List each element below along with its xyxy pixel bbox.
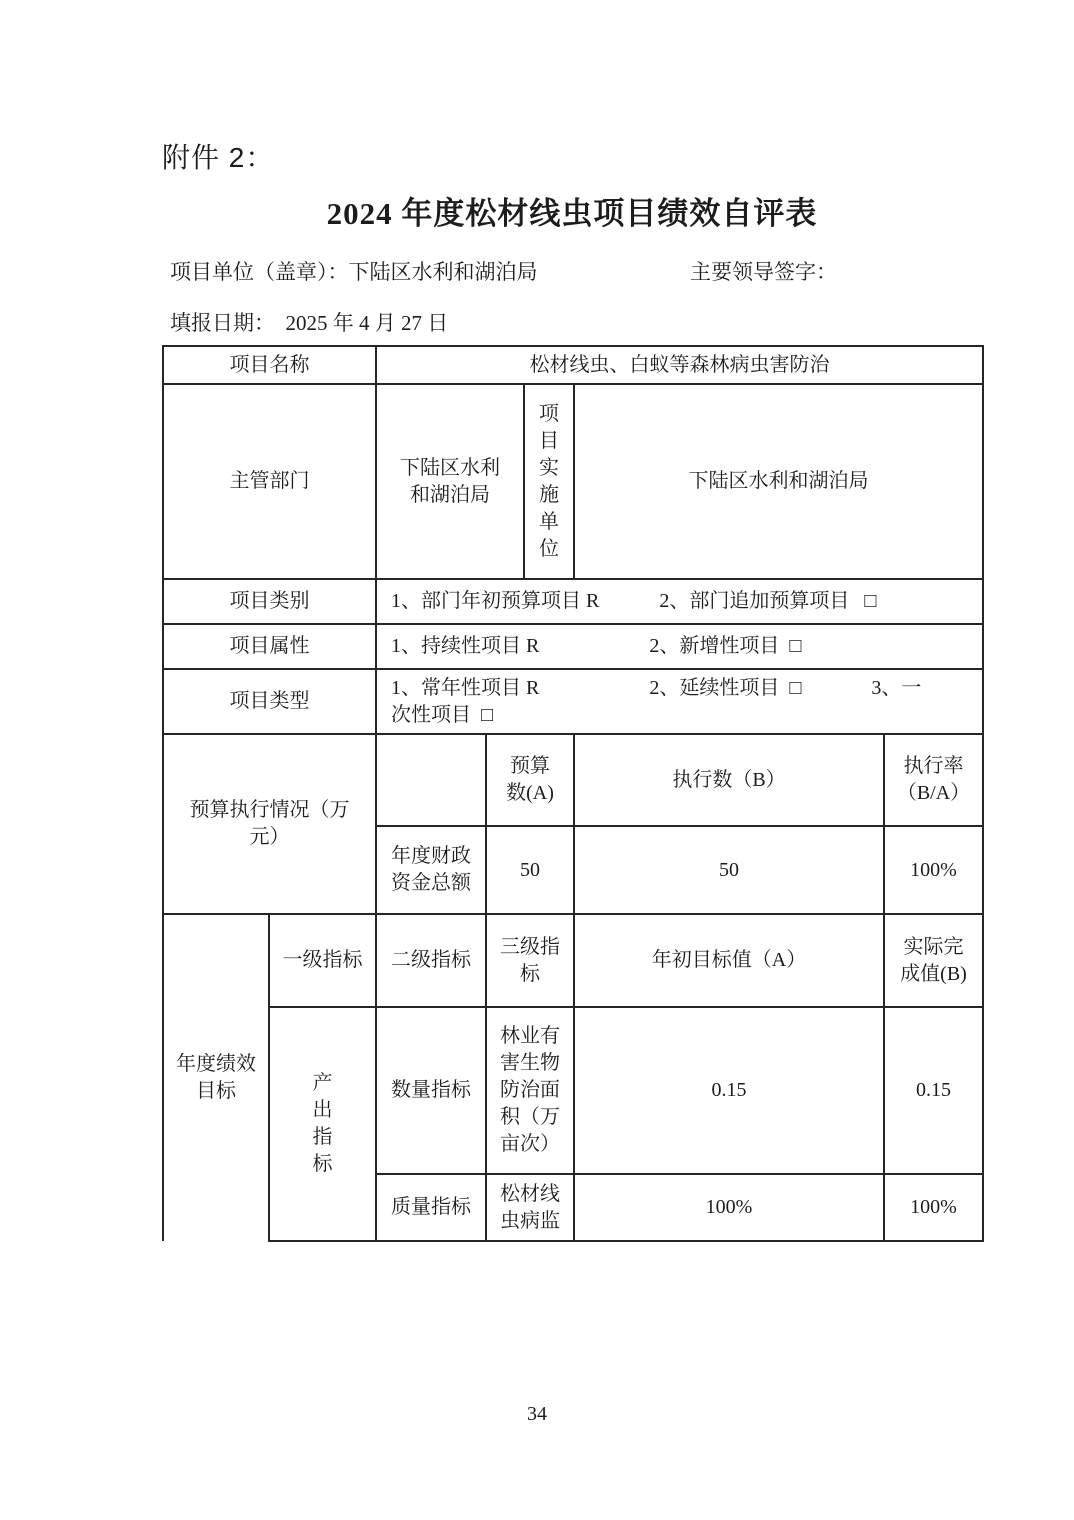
row-quantity-indicator: 产 出 指 标 数量指标 林业有 害生物 防治面 积（万 亩次） 0.15 0.… <box>163 1007 983 1174</box>
type-label: 项目类型 <box>163 669 376 734</box>
quality-indicator-label: 质量指标 <box>376 1174 486 1241</box>
row-type: 项目类型 1、常年性项目 R 2、延续性项目 □ 3、一 次性项目 □ <box>163 669 983 734</box>
row-project-name: 项目名称 松材线虫、白蚁等森林病虫害防治 <box>163 346 983 384</box>
project-name-value: 松材线虫、白蚁等森林病虫害防治 <box>376 346 983 384</box>
quality-target-value: 100% <box>574 1174 884 1241</box>
self-evaluation-table: 项目名称 松材线虫、白蚁等森林病虫害防治 主管部门 下陆区水利 和湖泊局 项 目… <box>162 345 984 1242</box>
budget-value-a: 50 <box>486 826 574 914</box>
document-page: 附件 2： 2024 年度松材线虫项目绩效自评表 项目单位（盖章）：下陆区水利和… <box>0 0 1074 1520</box>
category-label: 项目类别 <box>163 579 376 624</box>
budget-col-a: 预算 数(A) <box>486 734 574 826</box>
budget-col-b: 执行数（B） <box>574 734 884 826</box>
fill-date-line: 填报日期： 2025 年 4 月 27 日 <box>170 307 448 337</box>
impl-unit-value: 下陆区水利和湖泊局 <box>574 384 983 579</box>
dept-value: 下陆区水利 和湖泊局 <box>376 384 524 579</box>
target-value-header: 年初目标值（A） <box>574 914 884 1007</box>
quantity-indicator-label: 数量指标 <box>376 1007 486 1174</box>
row-budget-header: 预算执行情况（万 元） 预算 数(A) 执行数（B） 执行率 （B/A） <box>163 734 983 826</box>
leader-signature-label: 主要领导签字： <box>690 256 837 286</box>
project-unit-line: 项目单位（盖章）：下陆区水利和湖泊局 <box>170 256 538 286</box>
budget-col-rate: 执行率 （B/A） <box>884 734 983 826</box>
type-options: 1、常年性项目 R 2、延续性项目 □ 3、一 次性项目 □ <box>376 669 983 734</box>
performance-section-label: 年度绩效 目标 <box>163 914 269 1241</box>
indicator-l2-header: 二级指标 <box>376 914 486 1007</box>
quantity-actual-value: 0.15 <box>884 1007 983 1174</box>
indicator-l3-header: 三级指 标 <box>486 914 574 1007</box>
budget-section-label: 预算执行情况（万 元） <box>163 734 376 914</box>
quality-actual-value: 100% <box>884 1174 983 1241</box>
row-performance-header: 年度绩效 目标 一级指标 二级指标 三级指 标 年初目标值（A） 实际完 成值(… <box>163 914 983 1007</box>
row-category: 项目类别 1、部门年初预算项目 R 2、部门追加预算项目 □ <box>163 579 983 624</box>
actual-value-header: 实际完 成值(B) <box>884 914 983 1007</box>
output-indicator-label: 产 出 指 标 <box>269 1007 376 1241</box>
dept-label: 主管部门 <box>163 384 376 579</box>
impl-unit-label: 项 目 实 施 单 位 <box>524 384 574 579</box>
project-name-label: 项目名称 <box>163 346 376 384</box>
quantity-target-value: 0.15 <box>574 1007 884 1174</box>
budget-value-b: 50 <box>574 826 884 914</box>
budget-blank-cell <box>376 734 486 826</box>
attribute-label: 项目属性 <box>163 624 376 669</box>
attribute-options: 1、持续性项目 R 2、新增性项目 □ <box>376 624 983 669</box>
page-number: 34 <box>0 1403 1074 1426</box>
row-department: 主管部门 下陆区水利 和湖泊局 项 目 实 施 单 位 下陆区水利和湖泊局 <box>163 384 983 579</box>
attachment-label: 附件 2： <box>162 136 274 176</box>
quantity-indicator-l3: 林业有 害生物 防治面 积（万 亩次） <box>486 1007 574 1174</box>
fiscal-total-label: 年度财政 资金总额 <box>376 826 486 914</box>
indicator-l1-header: 一级指标 <box>269 914 376 1007</box>
quality-indicator-l3: 松材线 虫病监 <box>486 1174 574 1241</box>
page-title: 2024 年度松材线虫项目绩效自评表 <box>162 188 982 233</box>
category-options: 1、部门年初预算项目 R 2、部门追加预算项目 □ <box>376 579 983 624</box>
budget-rate-value: 100% <box>884 826 983 914</box>
row-attribute: 项目属性 1、持续性项目 R 2、新增性项目 □ <box>163 624 983 669</box>
